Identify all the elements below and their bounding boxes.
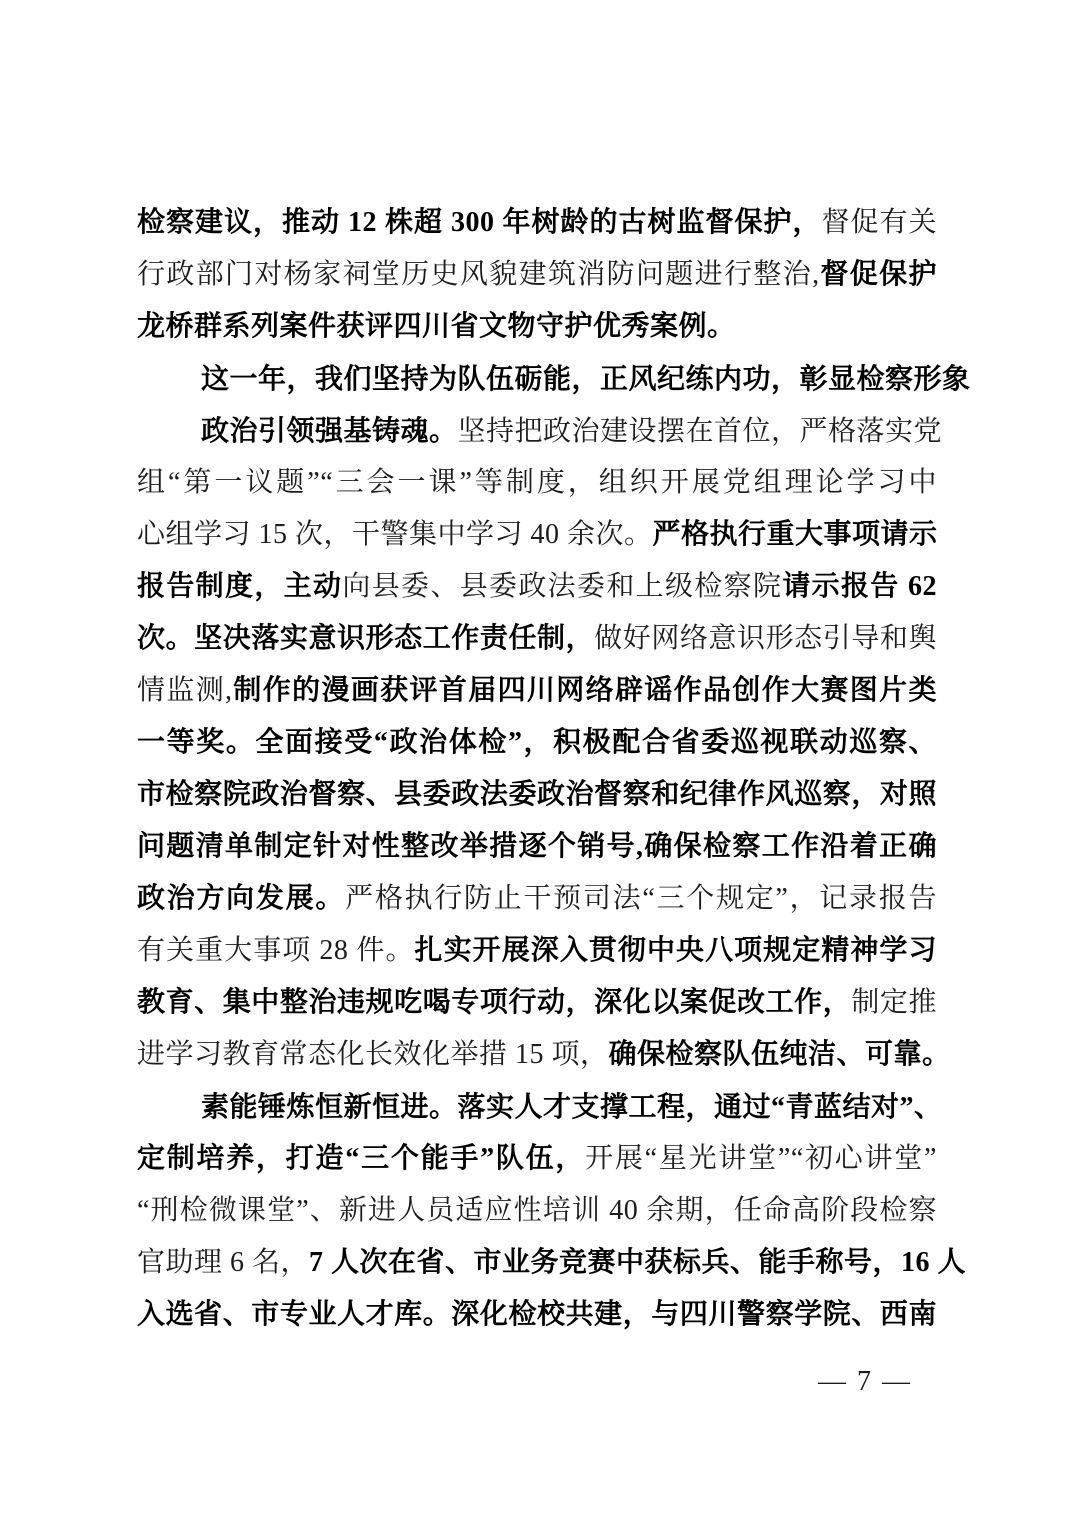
text-line: 龙桥群系列案件获评四川省文物守护优秀案例。 [137,301,937,353]
text-segment: “刑检微课堂”、新进人员适应性培训 40 余期，任命高阶段检察 [137,1195,937,1226]
text-segment: 一等奖。全面接受“政治体检”，积极配合省委巡视联动巡察、 [137,727,937,758]
text-segment: 这一年，我们坚持为队伍砺能，正风纪练内功，彰显检察形象 [201,363,971,394]
text-segment: 教育、集中整治违规吃喝专项行动，深化以案促改工作， [137,987,851,1018]
text-segment: 政治方向发展。 [137,883,345,914]
text-segment: 情监测, [137,675,233,706]
text-line: 这一年，我们坚持为队伍砺能，正风纪练内功，彰显检察形象 [137,353,937,405]
text-line: 检察建议，推动 12 株超 300 年树龄的古树监督保护，督促有关 [137,197,937,249]
text-segment: 市检察院政治督察、县委政法委政治督察和纪律作风巡察，对照 [137,779,937,810]
text-segment: 问题清单制定针对性整改举措逐个销号,确保检察工作沿着正确 [137,831,937,862]
text-segment: 检察建议，推动 12 株超 300 年树龄的古树监督保护， [137,207,821,238]
text-segment: 向县委、县委政法委和上级检察院 [342,571,782,602]
text-segment: 严格执行重大事项请示 [653,519,938,550]
text-segment: 进学习教育常态化长效化举措 15 项， [137,1039,609,1070]
text-line: 教育、集中整治违规吃喝专项行动，深化以案促改工作，制定推 [137,977,937,1029]
text-segment: 入选省、市专业人才库。深化检校共建，与四川警察学院、西南 [137,1299,937,1330]
text-segment: 7 人次在省、市业务竞赛中获标兵、能手称号，16 人 [309,1247,966,1278]
text-segment: 开展“星光讲堂”“初心讲堂” [585,1143,937,1174]
text-segment: 制定推 [851,987,937,1018]
text-segment: 龙桥群系列案件获评四川省文物守护优秀案例。 [137,311,736,342]
text-line: 情监测,制作的漫画获评首届四川网络辟谣作品创作大赛图片类 [137,665,937,717]
text-line: 官助理 6 名，7 人次在省、市业务竞赛中获标兵、能手称号，16 人 [137,1237,937,1289]
text-line: “刑检微课堂”、新进人员适应性培训 40 余期，任命高阶段检察 [137,1185,937,1237]
text-line: 政治引领强基铸魂。坚持把政治建设摆在首位，严格落实党 [137,405,937,457]
text-segment: 次。坚决落实意识形态工作责任制， [137,623,594,654]
text-segment: 心组学习 15 次，干警集中学习 40 余次。 [137,519,653,550]
text-line: 有关重大事项 28 件。扎实开展深入贯彻中央八项规定精神学习 [137,925,937,977]
text-segment: 政治引领强基铸魂。 [201,415,458,446]
text-line: 问题清单制定针对性整改举措逐个销号,确保检察工作沿着正确 [137,821,937,873]
text-segment: 做好网络意识形态引导和舆 [594,623,937,654]
text-segment: 扎实开展深入贯彻中央八项规定精神学习 [415,935,937,966]
text-segment: 坚持把政治建设摆在首位，严格落实党 [458,416,943,447]
document-page-7: { "page": { "background": "#ffffff", "te… [0,0,1074,1520]
text-segment: 落实人才支撑工程，通过“青蓝结对”、 [458,1092,943,1123]
text-block: 检察建议，推动 12 株超 300 年树龄的古树监督保护，督促有关行政部门对杨家… [137,197,937,1341]
text-segment: 请示报告 62 [782,571,937,602]
text-segment: 官助理 6 名， [137,1247,309,1278]
text-segment: 素能锤炼恒新恒进。 [201,1091,458,1122]
text-line: 组“第一议题”“三会一课”等制度，组织开展党组理论学习中 [137,457,937,509]
page: 检察建议，推动 12 株超 300 年树龄的古树监督保护，督促有关行政部门对杨家… [0,0,1074,1520]
text-line: 素能锤炼恒新恒进。落实人才支撑工程，通过“青蓝结对”、 [137,1081,937,1133]
text-line: 市检察院政治督察、县委政法委政治督察和纪律作风巡察，对照 [137,769,937,821]
text-line: 进学习教育常态化长效化举措 15 项，确保检察队伍纯洁、可靠。 [137,1029,937,1081]
text-line: 次。坚决落实意识形态工作责任制，做好网络意识形态引导和舆 [137,613,937,665]
text-segment: 有关重大事项 28 件。 [137,935,415,966]
text-segment: 定制培养，打造“三个能手”队伍， [137,1143,585,1174]
text-segment: 组“第一议题”“三会一课”等制度，组织开展党组理论学习中 [137,467,937,498]
text-segment: 报告制度，主动 [137,571,342,602]
text-line: 报告制度，主动向县委、县委政法委和上级检察院请示报告 62 [137,561,937,613]
text-line: 入选省、市专业人才库。深化检校共建，与四川警察学院、西南 [137,1289,937,1341]
text-line: 政治方向发展。严格执行防止干预司法“三个规定”，记录报告 [137,873,937,925]
text-segment: 行政部门对杨家祠堂历史风貌建筑消防问题进行整治, [137,259,820,290]
text-line: 一等奖。全面接受“政治体检”，积极配合省委巡视联动巡察、 [137,717,937,769]
text-segment: 督促有关 [821,207,937,238]
text-segment: 严格执行防止干预司法“三个规定”，记录报告 [345,883,937,914]
text-segment: 制作的漫画获评首届四川网络辟谣作品创作大赛图片类 [233,675,937,706]
text-line: 行政部门对杨家祠堂历史风貌建筑消防问题进行整治,督促保护 [137,249,937,301]
text-line: 心组学习 15 次，干警集中学习 40 余次。严格执行重大事项请示 [137,509,937,561]
text-segment: 确保检察队伍纯洁、可靠。 [609,1039,951,1070]
page-number: — 7 — [790,1356,940,1408]
text-line: 定制培养，打造“三个能手”队伍，开展“星光讲堂”“初心讲堂” [137,1133,937,1185]
text-segment: 督促保护 [820,259,937,290]
